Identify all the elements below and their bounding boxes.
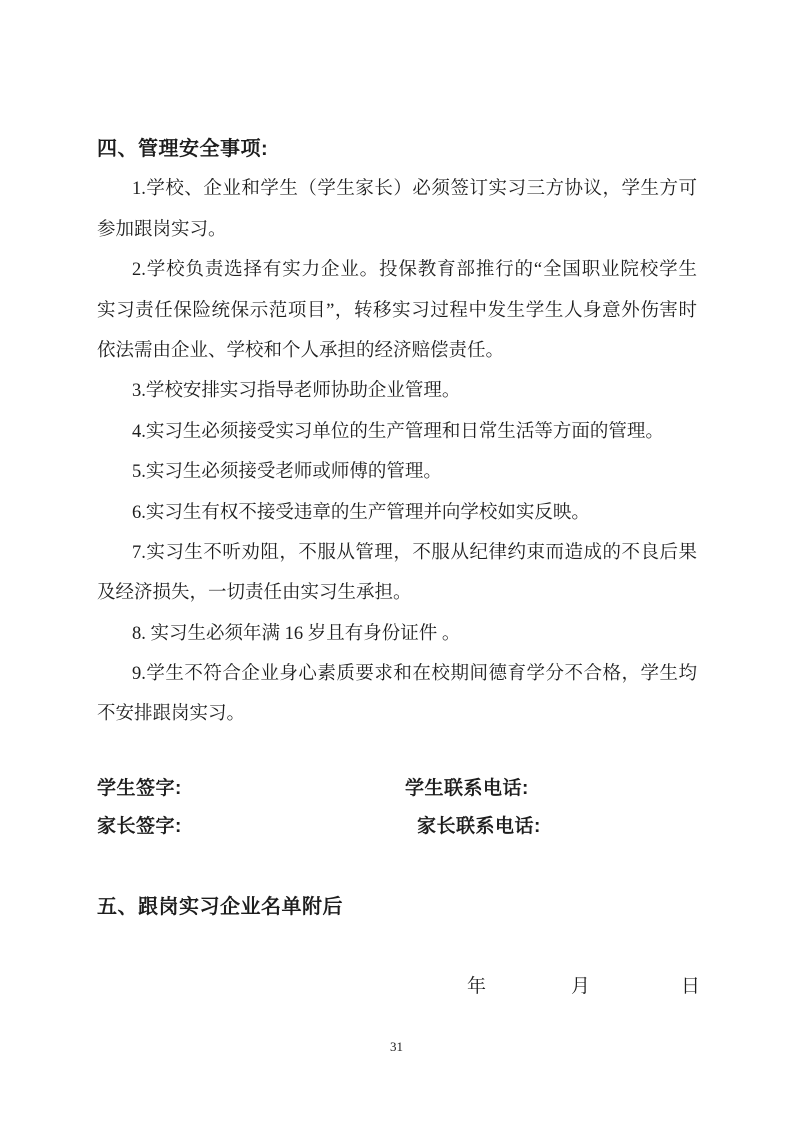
year-label: 年 — [467, 975, 486, 999]
section4-body: 四、管理安全事项: 1.学校、企业和学生（学生家长）必须签订实习三方协议，学生方… — [97, 129, 697, 735]
paragraph-line: 实习责任保险统保示范项目”，转移实习过程中发生学生人身意外伤害时 — [97, 291, 697, 331]
paragraph-line: 7.实习生不听劝阻，不服从管理，不服从纪律约束而造成的不良后果 — [97, 533, 697, 573]
month-label: 月 — [571, 975, 590, 999]
paragraph-line: 4.实习生必须接受实习单位的生产管理和日常生活等方面的管理。 — [97, 412, 697, 452]
paragraph-line: 9.学生不符合企业身心素质要求和在校期间德育学分不合格，学生均 — [97, 654, 697, 694]
student-phone-label: 学生联系电话: — [405, 777, 529, 801]
document-page: 四、管理安全事项: 1.学校、企业和学生（学生家长）必须签订实习三方协议，学生方… — [0, 0, 793, 1122]
paragraph-line: 8. 实习生必须年满 16 岁且有身份证件 。 — [97, 614, 697, 654]
paragraph-line: 6.实习生有权不接受违章的生产管理并向学校如实反映。 — [97, 493, 697, 533]
paragraph-line: 1.学校、企业和学生（学生家长）必须签订实习三方协议，学生方可 — [97, 169, 697, 209]
paragraph-line: 参加跟岗实习。 — [97, 210, 697, 250]
paragraph-line: 2.学校负责选择有实力企业。投保教育部推行的“全国职业院校学生 — [97, 250, 697, 290]
paragraph-line: 3.学校安排实习指导老师协助企业管理。 — [97, 371, 697, 411]
paragraph-line: 及经济损失，一切责任由实习生承担。 — [97, 573, 697, 613]
paragraph-line: 不安排跟岗实习。 — [97, 694, 697, 734]
student-signature-label: 学生签字: — [97, 777, 182, 801]
parent-signature-label: 家长签字: — [97, 815, 182, 839]
paragraph-line: 依法需由企业、学校和个人承担的经济赔偿责任。 — [97, 331, 697, 371]
paragraph-line: 5.实习生必须接受老师或师傅的管理。 — [97, 452, 697, 492]
section5-heading: 五、跟岗实习企业名单附后 — [97, 894, 343, 920]
section4-heading: 四、管理安全事项: — [97, 129, 697, 169]
day-label: 日 — [681, 975, 700, 999]
parent-phone-label: 家长联系电话: — [417, 815, 541, 839]
page-number: 31 — [0, 1039, 793, 1055]
